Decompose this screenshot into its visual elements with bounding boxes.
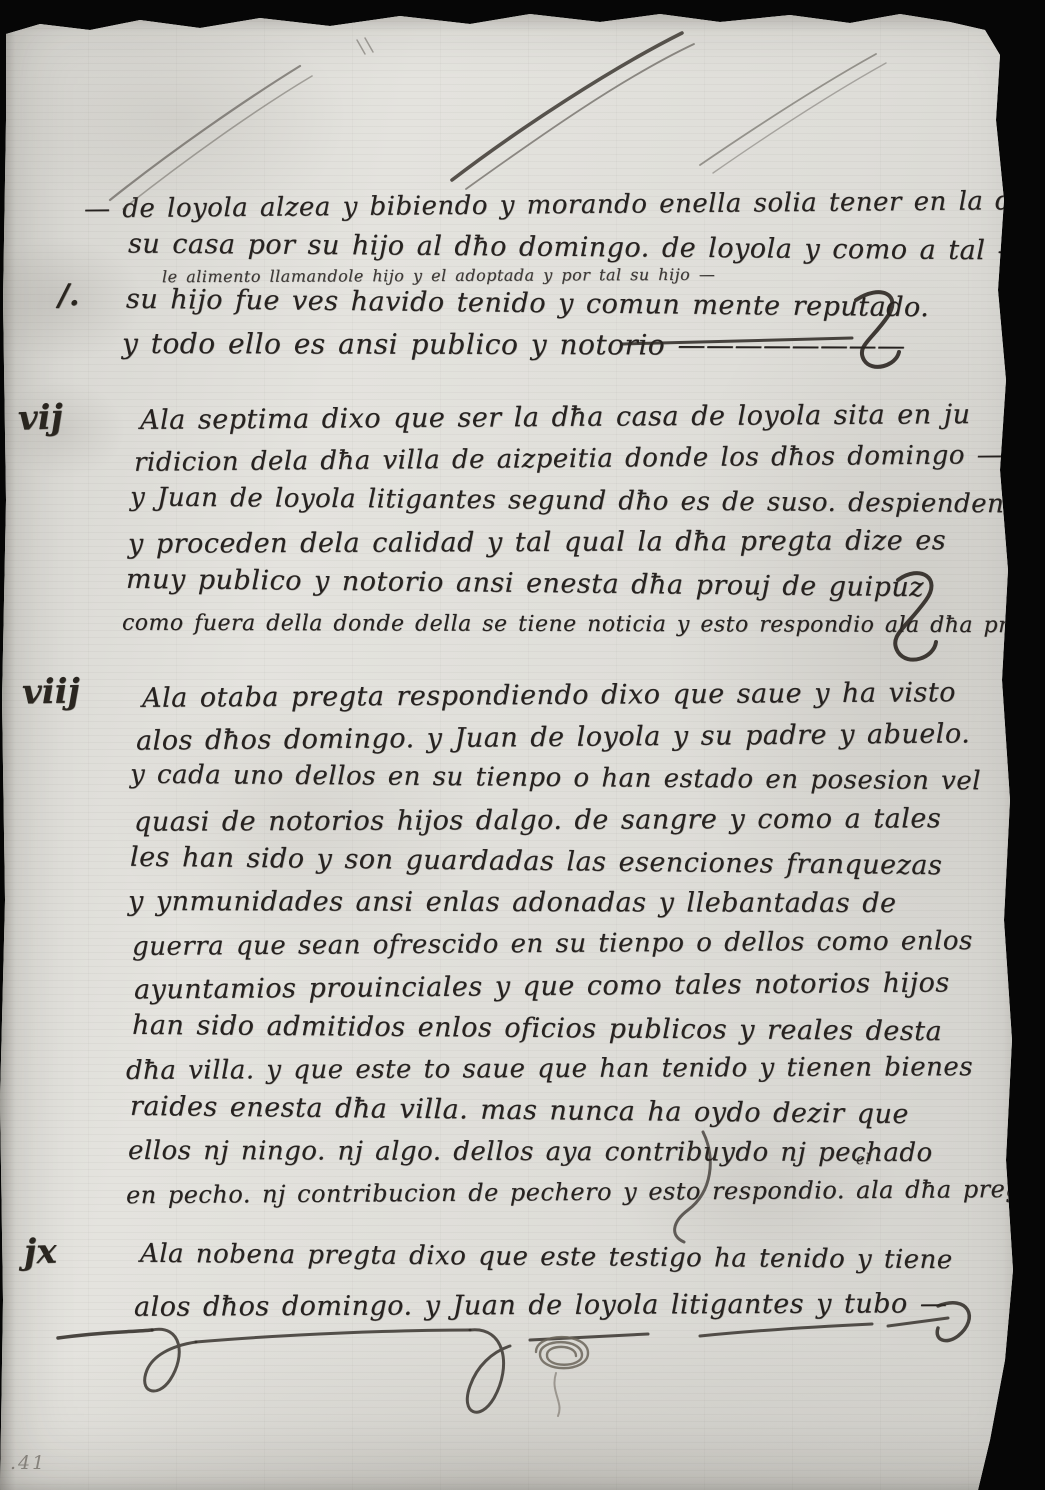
margin-numeral-1: /. <box>58 278 79 313</box>
superscript-correction: el <box>856 1150 871 1168</box>
interlinear-insertion: le alimento llamandole hijo y el adoptad… <box>162 265 715 286</box>
manuscript-line: alos dħos domingo. y Juan de loyola liti… <box>134 1288 947 1323</box>
manuscript-line: y ynmunidades ansi enlas adonadas y lleb… <box>128 886 897 919</box>
manuscript-line: Ala otaba pregta respondiendo dixo que s… <box>142 677 956 714</box>
manuscript-line: ridicion dela dħa villa de aizpeitia don… <box>134 440 1003 478</box>
pen-trial-slashes-left <box>110 66 312 209</box>
manuscript-line: quasi de notorios hijos dalgo. de sangre… <box>134 803 941 838</box>
manuscript-line: su hijo fue ves havido tenido y comun me… <box>126 284 930 323</box>
manuscript-line: alos dħos domingo. y Juan de loyola y su… <box>136 718 970 756</box>
manuscript-line: — de loyola alzea y bibiendo y morando e… <box>84 186 1045 225</box>
manuscript-line: raides enesta dħa villa. mas nunca ha oy… <box>130 1091 909 1130</box>
manuscript-line: dħa villa. y que este to saue que han te… <box>126 1052 973 1086</box>
manuscript-line: ellos nj ningo. nj algo. dellos aya cont… <box>128 1136 933 1168</box>
margin-numeral-jx: jx <box>23 1232 57 1273</box>
manuscript-line: han sido admitidos enlos oficios publico… <box>132 1010 942 1047</box>
manuscript-line: Ala nobena pregta dixo que este testigo … <box>140 1239 953 1275</box>
manuscript-line: como fuera della donde della se tiene no… <box>122 611 1045 638</box>
manuscript-line: muy publico y notorio ansi enesta dħa pr… <box>126 564 924 603</box>
manuscript-page: /. vij viij jx — de loyola alzea y bibie… <box>0 0 1045 1490</box>
pen-trial-slashes-middle <box>452 33 694 189</box>
margin-numeral-vij: vij <box>17 397 63 439</box>
manuscript-line: y Juan de loyola litigantes segund dħo e… <box>130 482 1043 519</box>
manuscript-line: y proceden dela calidad y tal qual la dħ… <box>128 525 946 560</box>
manuscript-line: y todo ello es ansi publico y notorio ——… <box>122 327 906 362</box>
manuscript-line: les han sido y son guardadas las esencio… <box>130 842 943 882</box>
manuscript-line: en pecho. nj contribucion de pechero y e… <box>126 1175 1045 1209</box>
manuscript-line: ayuntamios prouinciales y que como tales… <box>134 967 950 1005</box>
scan-background: /. vij viij jx — de loyola alzea y bibie… <box>0 0 1045 1490</box>
quill-tick-mark <box>357 38 373 54</box>
margin-numeral-viij: viij <box>22 671 81 712</box>
manuscript-line: y cada uno dellos en su tienpo o han est… <box>130 760 981 797</box>
manuscript-line: guerra que sean ofrescido en su tienpo o… <box>132 926 973 962</box>
manuscript-line: su casa por su hijo al dħo domingo. de l… <box>128 228 1025 266</box>
manuscript-line: Ala septima dixo que ser la dħa casa de … <box>140 399 971 436</box>
pen-trial-slashes-right <box>700 54 886 173</box>
folio-number: .41 <box>10 1452 46 1474</box>
coil-doodle <box>536 1337 588 1416</box>
